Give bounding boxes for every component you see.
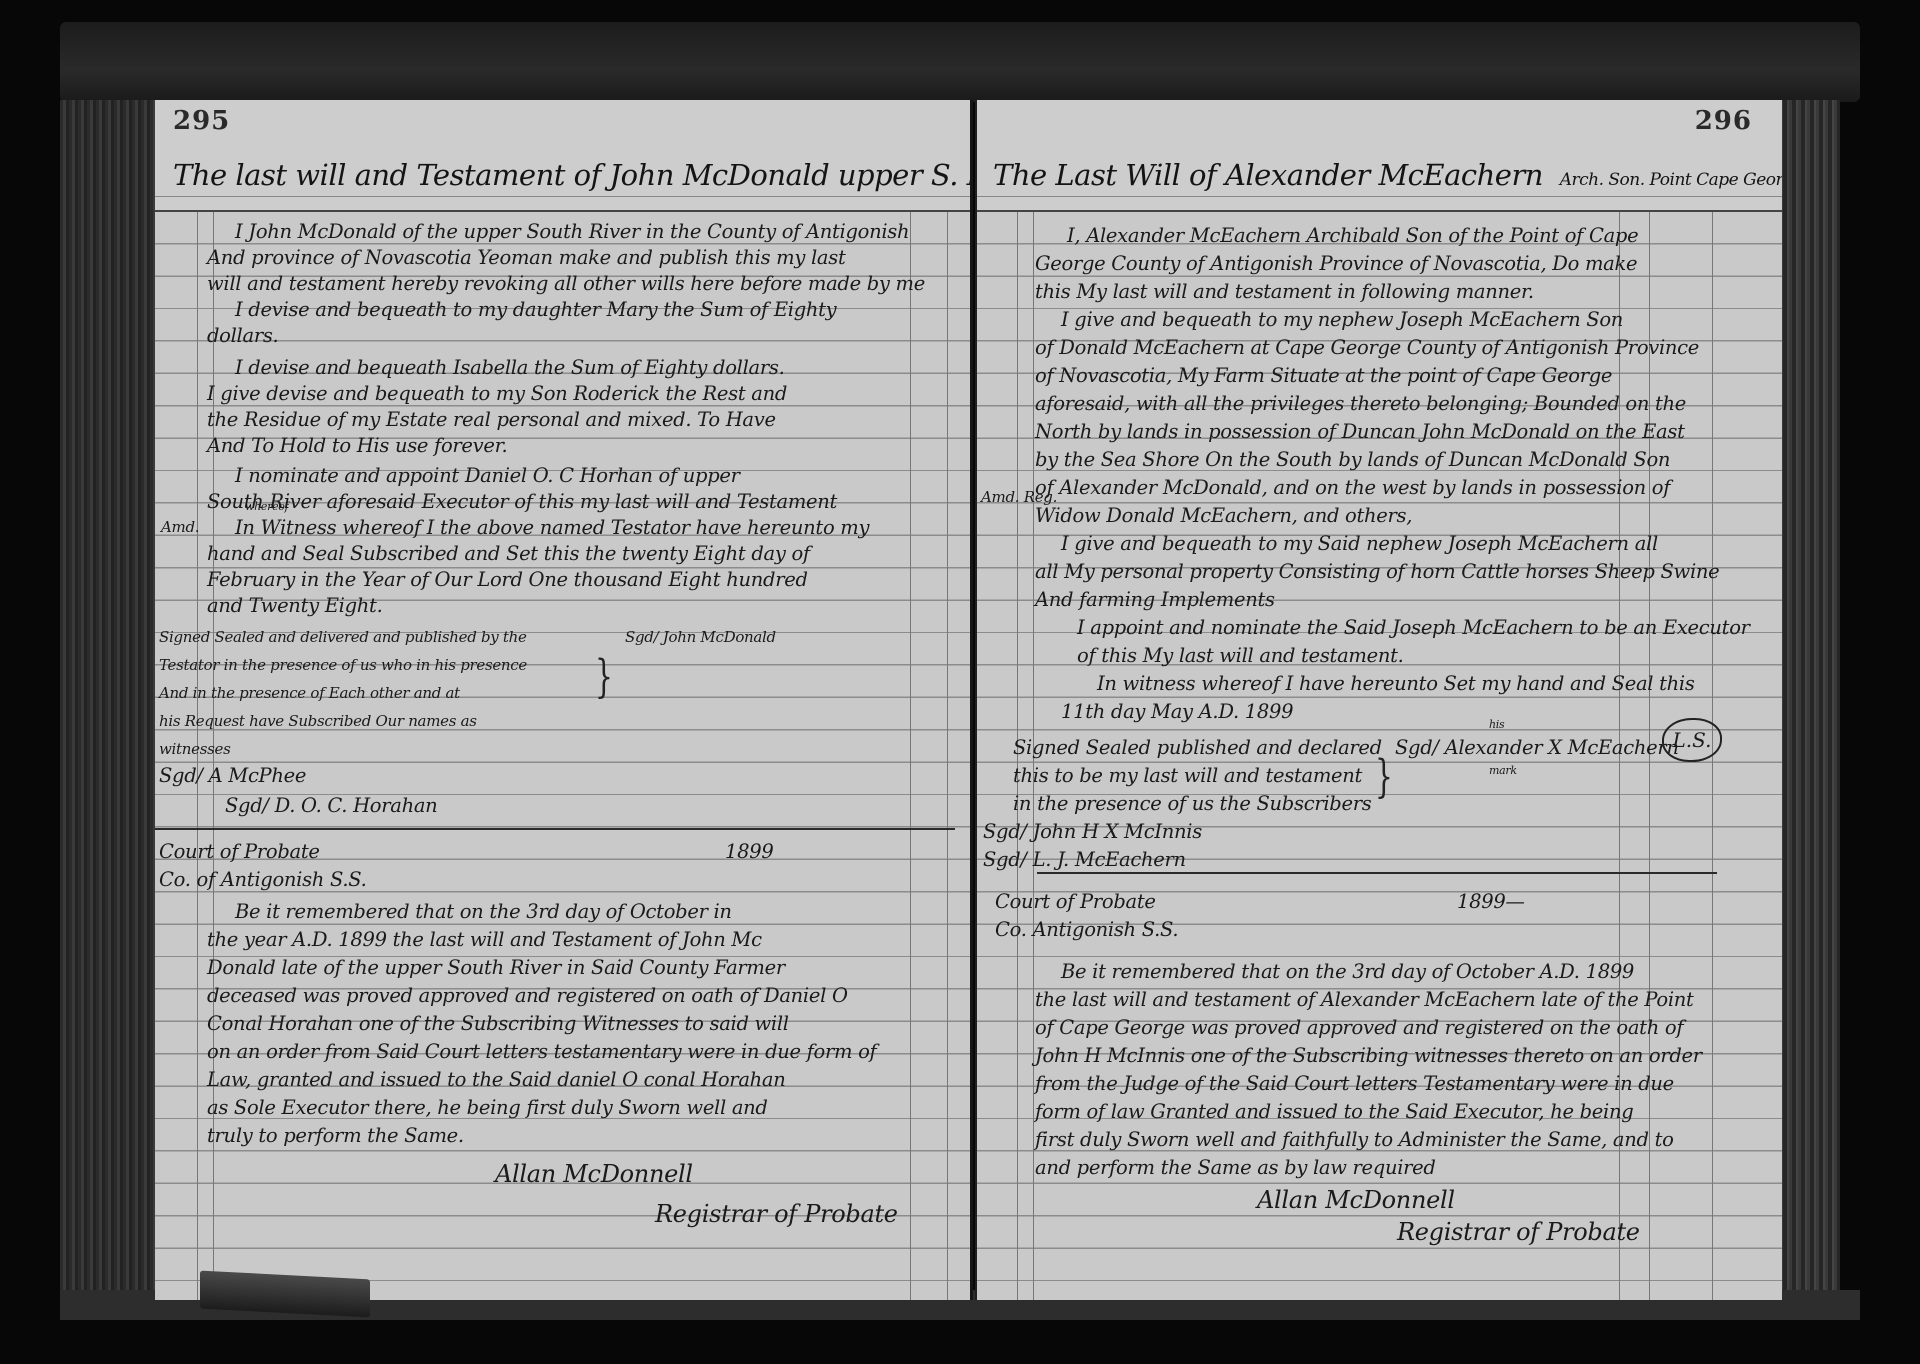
will-line: all My personal property Consisting of h… bbox=[1035, 560, 1719, 583]
probate-line: from the Judge of the Said Court letters… bbox=[1035, 1072, 1674, 1095]
will-line: dollars. bbox=[207, 324, 278, 347]
probate-line: Conal Horahan one of the Subscribing Wit… bbox=[207, 1012, 789, 1035]
page-number: 296 bbox=[1695, 106, 1752, 136]
margin-note: Amd. bbox=[161, 518, 199, 536]
will-line: And province of Novascotia Yeoman make a… bbox=[207, 246, 845, 269]
probate-line: the year A.D. 1899 the last will and Tes… bbox=[207, 928, 762, 951]
mark-label-above: his bbox=[1489, 718, 1504, 731]
will-line: In Witness whereof I the above named Tes… bbox=[235, 516, 869, 539]
will-line: of this My last will and testament. bbox=[1077, 644, 1404, 667]
page-title-suffix: Arch. Son. Point Cape George bbox=[1560, 170, 1782, 190]
will-line: In witness whereof I have hereunto Set m… bbox=[1097, 672, 1695, 695]
column-rule bbox=[947, 212, 948, 1300]
header-rule-thin bbox=[155, 196, 970, 197]
will-line: and Twenty Eight. bbox=[207, 594, 382, 617]
will-line: of Donald McEachern at Cape George Count… bbox=[1035, 336, 1699, 359]
will-line: of Alexander McDonald, and on the west b… bbox=[1035, 476, 1670, 499]
brace: } bbox=[1375, 750, 1393, 803]
probate-line: Donald late of the upper South River in … bbox=[207, 956, 785, 979]
entry-divider bbox=[1037, 872, 1717, 874]
mark-label-below: mark bbox=[1489, 764, 1517, 777]
testator-signature: Sgd/ John McDonald bbox=[625, 628, 776, 646]
witness-signature: Sgd/ A McPhee bbox=[159, 764, 306, 787]
will-line: by the Sea Shore On the South by lands o… bbox=[1035, 448, 1670, 471]
seal-ls: L.S. bbox=[1662, 718, 1722, 762]
left-page-edges bbox=[60, 100, 155, 1300]
will-line: And farming Implements bbox=[1035, 588, 1275, 611]
probate-year: 1899 bbox=[725, 840, 773, 863]
will-line: I devise and bequeath Isabella the Sum o… bbox=[235, 356, 784, 379]
will-line: I John McDonald of the upper South River… bbox=[235, 220, 909, 243]
book-top-edge bbox=[60, 22, 1860, 102]
will-line: 11th day May A.D. 1899 bbox=[1061, 700, 1293, 723]
header-rule bbox=[155, 210, 970, 212]
page-title: The last will and Testament of John McDo… bbox=[173, 158, 960, 192]
will-line: George County of Antigonish Province of … bbox=[1035, 252, 1637, 275]
header-rule-thin bbox=[977, 196, 1782, 197]
will-line: I, Alexander McEachern Archibald Son of … bbox=[1067, 224, 1638, 247]
will-line: I give and bequeath to my nephew Joseph … bbox=[1061, 308, 1623, 331]
will-line: the Residue of my Estate real personal a… bbox=[207, 408, 776, 431]
page-title: The Last Will of Alexander McEachern Arc… bbox=[993, 158, 1772, 192]
page-number: 295 bbox=[173, 106, 230, 136]
will-line: this My last will and testament in follo… bbox=[1035, 280, 1534, 303]
probate-line: John H McInnis one of the Subscribing wi… bbox=[1035, 1044, 1702, 1067]
testator-signature: Sgd/ Alexander X McEachern bbox=[1395, 736, 1679, 759]
probate-line: as Sole Executor there, he being first d… bbox=[207, 1096, 768, 1119]
probate-line: Be it remembered that on the 3rd day of … bbox=[1061, 960, 1634, 983]
probate-line: on an order from Said Court letters test… bbox=[207, 1040, 876, 1063]
probate-line: first duly Sworn well and faithfully to … bbox=[1035, 1128, 1674, 1151]
will-line: I give devise and bequeath to my Son Rod… bbox=[207, 382, 787, 405]
header-rule bbox=[977, 210, 1782, 212]
probate-court-heading: Court of Probate bbox=[995, 890, 1156, 913]
probate-year: 1899— bbox=[1457, 890, 1525, 913]
witness-signature: Sgd/ D. O. C. Horahan bbox=[225, 794, 437, 817]
probate-line: Be it remembered that on the 3rd day of … bbox=[235, 900, 732, 923]
will-line: I nominate and appoint Daniel O. C Horha… bbox=[235, 464, 740, 487]
probate-line: the last will and testament of Alexander… bbox=[1035, 988, 1694, 1011]
probate-line: deceased was proved approved and registe… bbox=[207, 984, 848, 1007]
right-page-edges bbox=[1780, 100, 1840, 1300]
probate-line: Law, granted and issued to the Said dani… bbox=[207, 1068, 785, 1091]
will-line: South River aforesaid Executor of this m… bbox=[207, 490, 837, 513]
column-rule bbox=[910, 212, 911, 1300]
attestation-line: witnesses bbox=[159, 740, 230, 758]
will-line: I devise and bequeath to my daughter Mar… bbox=[235, 298, 836, 321]
witness-signature: Sgd/ John H X McInnis bbox=[983, 820, 1202, 843]
probate-line: form of law Granted and issued to the Sa… bbox=[1035, 1100, 1633, 1123]
registrar-signature: Allan McDonnell bbox=[495, 1160, 693, 1188]
right-page: 296 The Last Will of Alexander McEachern… bbox=[975, 100, 1782, 1300]
probate-county-heading: Co. of Antigonish S.S. bbox=[159, 868, 367, 891]
will-line: Widow Donald McEachern, and others, bbox=[1035, 504, 1412, 527]
will-line: I appoint and nominate the Said Joseph M… bbox=[1077, 616, 1750, 639]
insertion-note: whereof bbox=[245, 500, 288, 513]
will-line: And To Hold to His use forever. bbox=[207, 434, 507, 457]
attestation-line: his Request have Subscribed Our names as bbox=[159, 712, 477, 730]
will-line: North by lands in possession of Duncan J… bbox=[1035, 420, 1685, 443]
attestation-line: Signed Sealed published and declared bbox=[1013, 736, 1382, 759]
will-line: of Novascotia, My Farm Situate at the po… bbox=[1035, 364, 1612, 387]
attestation-line: Testator in the presence of us who in hi… bbox=[159, 656, 527, 674]
probate-line: of Cape George was proved approved and r… bbox=[1035, 1016, 1683, 1039]
will-line: I give and bequeath to my Said nephew Jo… bbox=[1061, 532, 1658, 555]
will-line: February in the Year of Our Lord One tho… bbox=[207, 568, 808, 591]
attestation-line: in the presence of us the Subscribers bbox=[1013, 792, 1371, 815]
registrar-title: Registrar of Probate bbox=[1397, 1218, 1640, 1246]
registrar-signature: Allan McDonnell bbox=[1257, 1186, 1455, 1214]
left-page: 295 The last will and Testament of John … bbox=[155, 100, 973, 1300]
will-line: will and testament hereby revoking all o… bbox=[207, 272, 925, 295]
probate-line: and perform the Same as by law required bbox=[1035, 1156, 1436, 1179]
witness-signature: Sgd/ L. J. McEachern bbox=[983, 848, 1186, 871]
probate-line: truly to perform the Same. bbox=[207, 1124, 464, 1147]
brace: } bbox=[595, 650, 613, 703]
probate-court-heading: Court of Probate bbox=[159, 840, 320, 863]
attestation-line: Signed Sealed and delivered and publishe… bbox=[159, 628, 527, 646]
registrar-title: Registrar of Probate bbox=[655, 1200, 898, 1228]
will-line: hand and Seal Subscribed and Set this th… bbox=[207, 542, 810, 565]
page-title-main: The Last Will of Alexander McEachern bbox=[993, 158, 1543, 192]
entry-divider bbox=[155, 828, 955, 830]
probate-county-heading: Co. Antigonish S.S. bbox=[995, 918, 1178, 941]
attestation-line: And in the presence of Each other and at bbox=[159, 684, 460, 702]
attestation-line: this to be my last will and testament bbox=[1013, 764, 1362, 787]
will-line: aforesaid, with all the privileges there… bbox=[1035, 392, 1686, 415]
